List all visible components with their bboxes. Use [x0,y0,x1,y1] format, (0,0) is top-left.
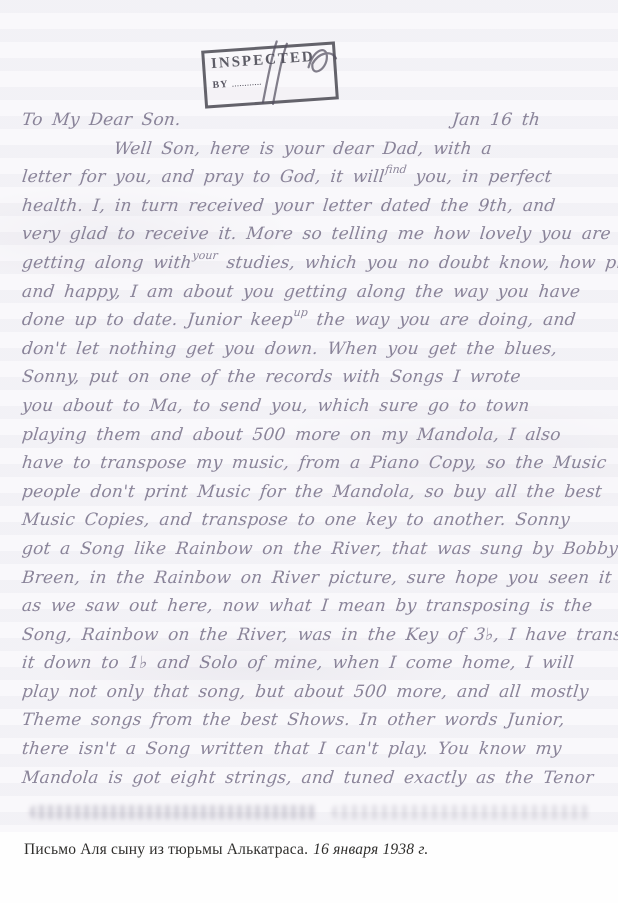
inspected-stamp: INSPECTED BY ............ [201,41,339,108]
handwriting-text: Song, Rainbow on the River, was in the K… [21,625,618,645]
letter-line: Music Copies, and transpose to one key t… [20,506,603,535]
letter-line: Sonny, put on one of the records with So… [20,363,603,392]
letter-line: playing them and about 500 more on my Ma… [20,421,603,450]
letter-body: To My Dear Son. Jan 16 th Well Son, here… [22,106,602,792]
handwriting-text: there isn't a Song written that I can't … [21,739,563,759]
letter-line: you about to Ma, to send you, which sure… [20,392,603,421]
handwriting-text: done up to date. Junior keep [21,310,294,330]
caption: Письмо Аля сыну из тюрьмы Алькатраса.16 … [24,841,428,859]
letter-lines: Well Son, here is your dear Dad, with al… [22,135,602,793]
handwriting-text: play not only that song, but about 500 m… [21,682,590,702]
handwriting-text: and happy, I am about you getting along … [21,282,581,302]
handwriting-text: Music Copies, and transpose to one key t… [21,510,571,530]
letter-line: health. I, in turn received your letter … [20,192,603,221]
handwriting-text: Well Son, here is your dear Dad, with a [113,139,493,159]
letter-line: don't let nothing get you down. When you… [20,335,603,364]
stamp-by-label: BY [212,79,228,91]
letter-line: and happy, I am about you getting along … [20,278,603,307]
letter-salutation: To My Dear Son. [20,106,182,135]
bleed-through-smudge [30,805,318,819]
letter-date: Jan 16 th [451,106,542,135]
handwriting-text: playing them and about 500 more on my Ma… [21,425,562,445]
handwriting-text: letter for you, and pray to God, it will [21,167,386,187]
letter-line: done up to date. Junior keepup the way y… [20,306,603,335]
handwriting-text: Mandola is got eight strings, and tuned … [21,768,595,788]
bleed-through-smudge [332,805,590,819]
handwriting-text: health. I, in turn received your letter … [21,196,556,216]
handwriting-text: Sonny, put on one of the records with So… [21,367,522,387]
book-page: INSPECTED BY ............ To My Dear Son… [0,0,618,903]
letter-line: have to transpose my music, from a Piano… [20,449,603,478]
letter-line: Mandola is got eight strings, and tuned … [20,764,603,793]
inserted-word: find [385,163,408,176]
letter-line: Song, Rainbow on the River, was in the K… [20,621,603,650]
caption-date: 16 января 1938 г. [313,841,428,858]
letter-header-line: To My Dear Son. Jan 16 th [20,106,603,135]
handwriting-text: got a Song like Rainbow on the River, th… [21,539,618,559]
letter-line: Well Son, here is your dear Dad, with a [20,135,603,164]
handwriting-text: don't let nothing get you down. When you… [21,339,558,359]
letter-line: play not only that song, but about 500 m… [20,678,603,707]
handwriting-text: people don't print Music for the Mandola… [21,482,603,502]
caption-text: Письмо Аля сыну из тюрьмы Алькатраса. [24,841,308,858]
letter-photograph: INSPECTED BY ............ To My Dear Son… [0,0,618,832]
handwriting-text: as we saw out here, now what I mean by t… [21,596,593,616]
handwriting-text: have to transpose my music, from a Piano… [21,453,608,473]
letter-line: it down to 1♭ and Solo of mine, when I c… [20,649,603,678]
letter-line: got a Song like Rainbow on the River, th… [20,535,603,564]
letter-line: there isn't a Song written that I can't … [20,735,603,764]
letter-line: getting along withyour studies, which yo… [20,249,603,278]
handwriting-text: getting along with [21,253,193,273]
inserted-word: up [293,306,309,319]
handwriting-text: you, in perfect [405,167,553,187]
letter-line: very glad to receive it. More so telling… [20,220,603,249]
handwriting-text: Theme songs from the best Shows. In othe… [21,710,566,730]
handwriting-text: Breen, in the Rainbow on River picture, … [21,568,613,588]
letter-line: as we saw out here, now what I mean by t… [20,592,603,621]
letter-line: Theme songs from the best Shows. In othe… [20,706,603,735]
letter-line: letter for you, and pray to God, it will… [20,163,603,192]
handwriting-text: you about to Ma, to send you, which sure… [21,396,530,416]
handwriting-text: very glad to receive it. More so telling… [21,224,612,244]
handwriting-text: the way you are doing, and [306,310,577,330]
inserted-word: your [192,249,219,262]
letter-line: people don't print Music for the Mandola… [20,478,603,507]
handwriting-text: it down to 1♭ and Solo of mine, when I c… [21,653,575,673]
letter-line: Breen, in the Rainbow on River picture, … [20,564,603,593]
handwriting-text: studies, which you no doubt know, how pr… [216,253,618,273]
